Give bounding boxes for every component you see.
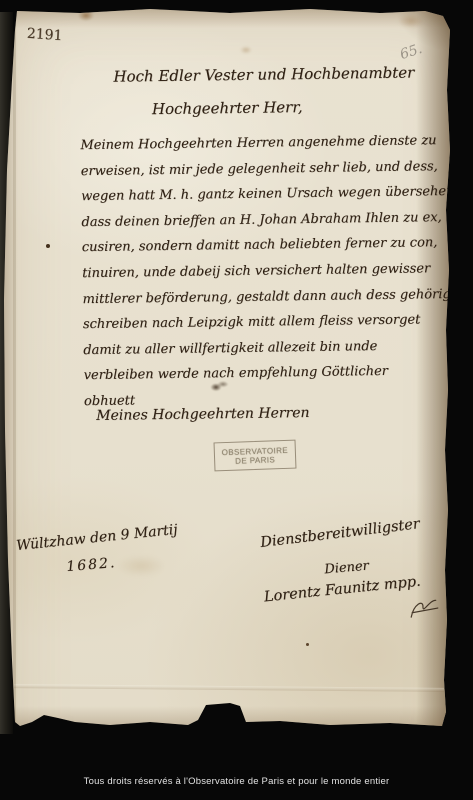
letter-text: Hoch Edler Vester und Hochbenambter Hoch… [0,0,473,800]
copyright-caption: Tous droits réservés à l'Observatoire de… [0,776,473,787]
letter-heading-line-1: Hoch Edler Vester und Hochbenambter [113,64,371,86]
letter-line: schreiben nach Leipzigk mitt allem fleis… [83,307,449,338]
dateline-year: 1682. [66,555,117,575]
pen-flourish-icon [405,593,445,627]
letter-body: Meinem Hochgeehrten Herren angenehme die… [80,128,450,415]
dateline-place: Wültzhaw den 9 Martij [16,522,179,554]
closing-salutation: Meines Hochgeehrten Herren [96,405,310,424]
scan-background: 2191 65. Hoch Edler Vester und Hochbenam… [0,0,473,800]
signature-line-1: Dienstbereitwilligster [259,516,420,551]
signature-line-2: Diener [324,559,370,578]
signature-line-3: Lorentz Faunitz mpp. [263,574,421,606]
stamp-text-line-2: DE PARIS [215,454,295,466]
letter-paper: 2191 65. Hoch Edler Vester und Hochbenam… [0,0,473,800]
letter-heading-line-2: Hochgeehrter Herr, [152,98,282,118]
observatoire-stamp: OBSERVATOIRE DE PARIS [214,440,297,472]
